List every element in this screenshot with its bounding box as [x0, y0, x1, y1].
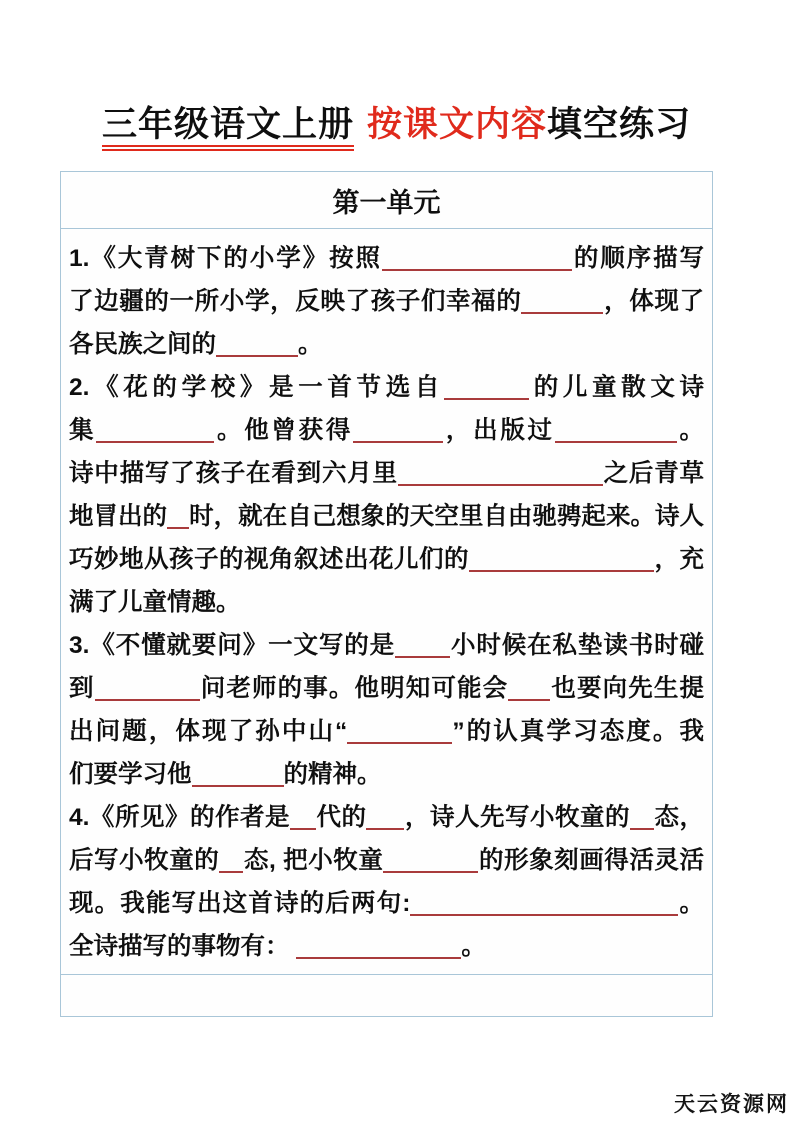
item-text: 满了儿童情趣。 — [69, 589, 241, 616]
unit-header: 第一单元 — [61, 172, 712, 229]
item-text: 代的 — [316, 804, 367, 831]
item-text: ”的认真学习态度。我 — [452, 718, 704, 745]
item-line: 们要学习他的精神。 — [69, 753, 704, 796]
item-text: 地冒出的 — [69, 503, 167, 530]
item-text: 的形象刻画得活灵活 — [478, 847, 704, 874]
item-text: 态， — [654, 804, 704, 831]
fill-in-blank — [383, 871, 478, 873]
item-line: 集。他曾获得，出版过。 — [69, 409, 704, 452]
item-text: 各民族之间的 — [69, 331, 216, 358]
item-text: 也要向先生提 — [550, 675, 704, 702]
item-text: 巧妙地从孩子的视角叙述出花儿们的 — [69, 546, 469, 573]
item-text: 后写小牧童的 — [69, 847, 219, 874]
fill-in-blank — [353, 441, 443, 443]
fill-in-blank — [167, 527, 189, 529]
item-text: 1.《大青树下的小学》按照 — [69, 245, 382, 272]
item-text: ，诗人先写小牧童的 — [404, 804, 630, 831]
item-text: 们要学习他 — [69, 761, 192, 788]
fill-in-blank — [96, 441, 214, 443]
worksheet-box: 第一单元 1.《大青树下的小学》按照的顺序描写了边疆的一所小学，反映了孩子们幸福… — [60, 171, 713, 1017]
item-text: 的精神。 — [284, 761, 382, 788]
item-text: 之后青草 — [603, 460, 704, 487]
item-text: ，充 — [654, 546, 704, 573]
item-line: 了边疆的一所小学，反映了孩子们幸福的，体现了 — [69, 280, 704, 323]
fill-in-blank — [630, 828, 654, 830]
fill-in-blank — [219, 871, 243, 873]
item-text: 。 — [677, 417, 704, 444]
empty-row — [61, 975, 712, 1014]
item-line: 现。我能写出这首诗的后两句:。 — [69, 882, 704, 925]
exercise-items: 1.《大青树下的小学》按照的顺序描写了边疆的一所小学，反映了孩子们幸福的，体现了… — [61, 229, 712, 975]
fill-in-blank — [366, 828, 404, 830]
exercise-item: 2.《花的学校》是一首节选自的儿童散文诗集。他曾获得，出版过。诗中描写了孩子在看… — [69, 366, 704, 624]
item-line: 2.《花的学校》是一首节选自的儿童散文诗 — [69, 366, 704, 409]
item-text: 出问题，体现了孙中山“ — [69, 718, 347, 745]
fill-in-blank — [95, 699, 200, 701]
fill-in-blank — [410, 914, 678, 916]
item-line: 出问题，体现了孙中山“”的认真学习态度。我 — [69, 710, 704, 753]
watermark: 天云资源网 — [674, 1088, 789, 1118]
item-text: 到 — [69, 675, 95, 702]
item-text: 了边疆的一所小学，反映了孩子们幸福的 — [69, 288, 521, 315]
title-suffix: 填空练习 — [547, 105, 691, 144]
fill-in-blank — [382, 269, 572, 271]
exercise-item: 1.《大青树下的小学》按照的顺序描写了边疆的一所小学，反映了孩子们幸福的，体现了… — [69, 237, 704, 366]
item-line: 满了儿童情趣。 — [69, 581, 704, 624]
fill-in-blank — [521, 312, 603, 314]
item-text: 。 — [678, 890, 704, 917]
item-text: 的儿童散文诗 — [529, 374, 704, 401]
item-line: 全诗描写的事物有： 。 — [69, 925, 704, 968]
item-line: 3.《不懂就要问》一文写的是小时候在私垫读书时碰 — [69, 624, 704, 667]
exercise-item: 3.《不懂就要问》一文写的是小时候在私垫读书时碰到问老师的事。他明知可能会也要向… — [69, 624, 704, 796]
fill-in-blank — [469, 570, 654, 572]
item-line: 到问老师的事。他明知可能会也要向先生提 — [69, 667, 704, 710]
item-line: 诗中描写了孩子在看到六月里之后青草 — [69, 452, 704, 495]
item-text: ，体现了 — [603, 288, 704, 315]
item-text: 小时候在私垫读书时碰 — [450, 632, 704, 659]
title-course: 三年级语文上册 — [102, 105, 354, 151]
fill-in-blank — [555, 441, 677, 443]
item-text: 4.《所见》的作者是 — [69, 804, 290, 831]
item-line: 后写小牧童的态, 把小牧童的形象刻画得活灵活 — [69, 839, 704, 882]
item-text: 现。我能写出这首诗的后两句: — [69, 890, 410, 917]
title-highlight: 按课文内容 — [367, 105, 547, 144]
item-line: 地冒出的时，就在自己想象的天空里自由驰骋起来。诗人 — [69, 495, 704, 538]
page-title: 三年级语文上册按课文内容填空练习 — [0, 97, 793, 147]
item-text: 2.《花的学校》是一首节选自 — [69, 374, 444, 401]
item-line: 1.《大青树下的小学》按照的顺序描写 — [69, 237, 704, 280]
fill-in-blank — [296, 957, 461, 959]
item-text: 。 — [298, 331, 323, 358]
item-line: 巧妙地从孩子的视角叙述出花儿们的，充 — [69, 538, 704, 581]
item-text: 态, 把小牧童 — [243, 847, 383, 874]
fill-in-blank — [395, 656, 450, 658]
item-text: 问老师的事。他明知可能会 — [200, 675, 509, 702]
item-text: 诗中描写了孩子在看到六月里 — [69, 460, 398, 487]
item-text: 。他曾获得 — [214, 417, 353, 444]
fill-in-blank — [398, 484, 603, 486]
item-text: ，出版过 — [443, 417, 555, 444]
exercise-item: 4.《所见》的作者是代的，诗人先写小牧童的态，后写小牧童的态, 把小牧童的形象刻… — [69, 796, 704, 968]
fill-in-blank — [216, 355, 298, 357]
item-text: 时，就在自己想象的天空里自由驰骋起来。诗人 — [189, 503, 704, 530]
item-text: 的顺序描写 — [572, 245, 704, 272]
fill-in-blank — [444, 398, 529, 400]
fill-in-blank — [290, 828, 316, 830]
item-text: 。 — [461, 933, 486, 960]
item-text: 集 — [69, 417, 96, 444]
fill-in-blank — [508, 699, 550, 701]
item-text: 全诗描写的事物有： — [69, 933, 296, 960]
fill-in-blank — [347, 742, 452, 744]
item-line: 各民族之间的。 — [69, 323, 704, 366]
item-line: 4.《所见》的作者是代的，诗人先写小牧童的态， — [69, 796, 704, 839]
item-text: 3.《不懂就要问》一文写的是 — [69, 632, 395, 659]
fill-in-blank — [192, 785, 284, 787]
